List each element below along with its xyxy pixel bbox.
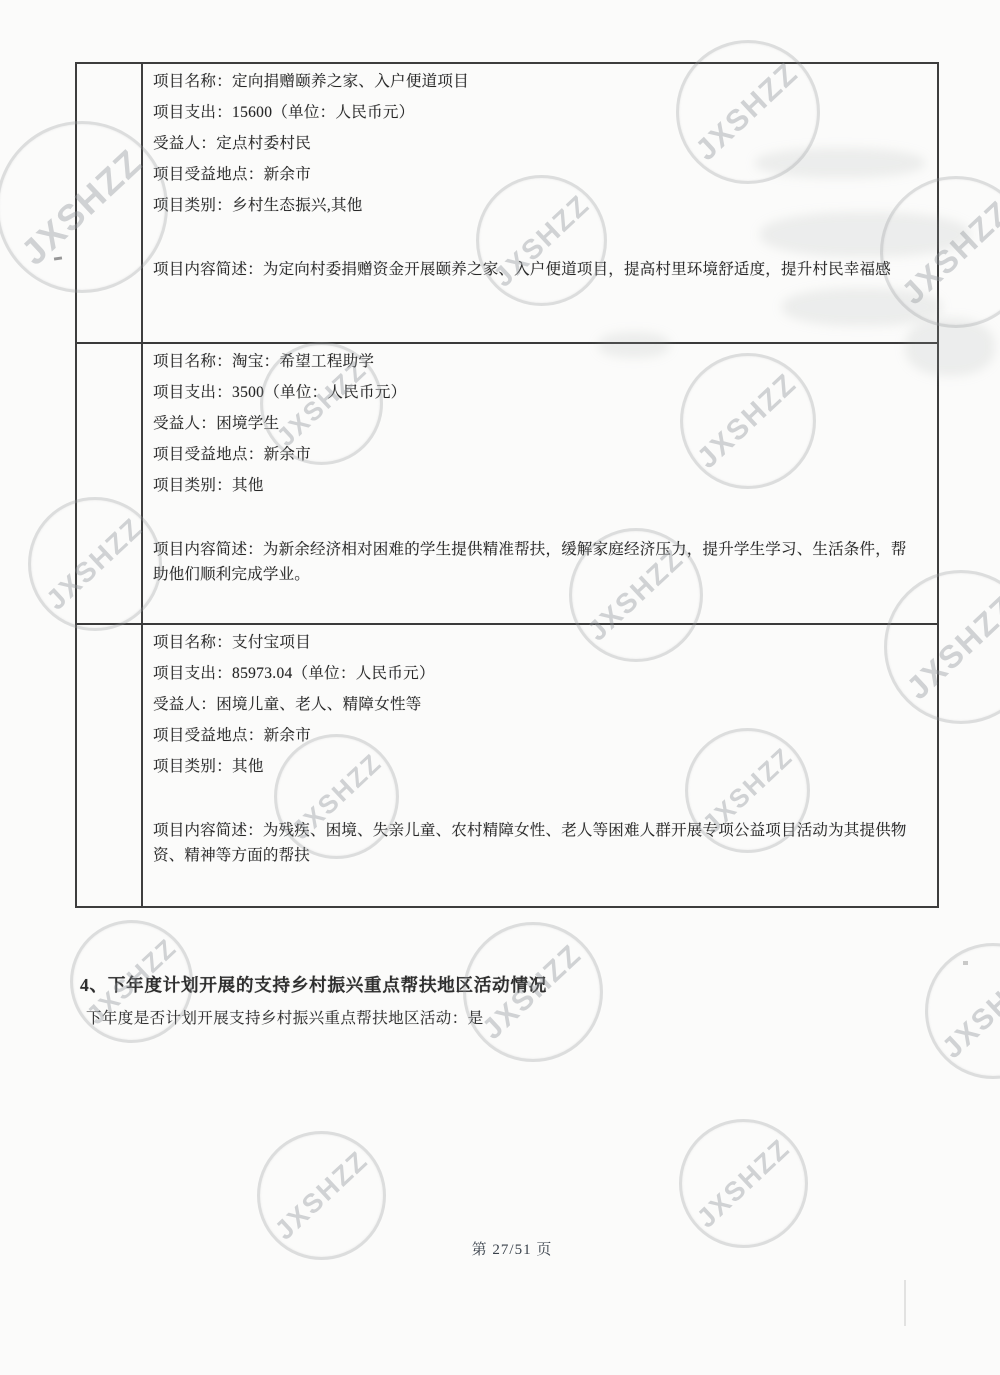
project-cell: 项目名称：支付宝项目 项目支出：85973.04（单位：人民币元） 受益人：困境… [145, 625, 937, 906]
watermark-text: JXSHZZ [691, 1133, 797, 1234]
row-index-cell [77, 625, 143, 906]
document-page: { "watermark": { "text": "JXSHZZ" }, "pr… [0, 0, 1000, 1375]
project-description: 项目内容简述：为定向村委捐赠资金开展颐养之家、入户便道项目，提高村里环境舒适度，… [153, 257, 921, 282]
watermark-text: JXSHZZ [269, 1145, 375, 1246]
table-row: 项目名称：定向捐赠颐养之家、入户便道项目 项目支出：15600（单位：人民币元）… [77, 64, 937, 344]
project-beneficiary-line: 受益人：困境学生 [153, 414, 921, 433]
project-name-line: 项目名称：支付宝项目 [153, 633, 921, 652]
project-cell: 项目名称：定向捐赠颐养之家、入户便道项目 项目支出：15600（单位：人民币元）… [145, 64, 937, 342]
project-description: 项目内容简述：为残疾、困境、失亲儿童、农村精障女性、老人等困难人群开展专项公益项… [153, 818, 921, 868]
projects-table: 项目名称：定向捐赠颐养之家、入户便道项目 项目支出：15600（单位：人民币元）… [75, 62, 939, 908]
project-name-line: 项目名称：淘宝：希望工程助学 [153, 352, 921, 371]
project-category-line: 项目类别：其他 [153, 476, 921, 495]
project-location-line: 项目受益地点：新余市 [153, 445, 921, 464]
project-expense-line: 项目支出：85973.04（单位：人民币元） [153, 664, 921, 683]
project-name-line: 项目名称：定向捐赠颐养之家、入户便道项目 [153, 72, 921, 91]
scan-speck [54, 256, 62, 260]
watermark-stamp: JXSHZZ [925, 943, 1000, 1079]
section-answer-line: 下年度是否计划开展支持乡村振兴重点帮扶地区活动：是 [86, 1006, 484, 1028]
section-heading: 4、下年度计划开展的支持乡村振兴重点帮扶地区活动情况 [80, 972, 547, 997]
project-category-line: 项目类别：乡村生态振兴,其他 [153, 196, 921, 215]
project-beneficiary-line: 受益人：困境儿童、老人、精障女性等 [153, 695, 921, 714]
project-cell: 项目名称：淘宝：希望工程助学 项目支出：3500（单位：人民币元） 受益人：困境… [145, 344, 937, 623]
project-category-line: 项目类别：其他 [153, 757, 921, 776]
project-expense-line: 项目支出：3500（单位：人民币元） [153, 383, 921, 402]
project-location-line: 项目受益地点：新余市 [153, 726, 921, 745]
row-index-cell [77, 64, 143, 342]
table-row: 项目名称：支付宝项目 项目支出：85973.04（单位：人民币元） 受益人：困境… [77, 625, 937, 906]
project-location-line: 项目受益地点：新余市 [153, 165, 921, 184]
project-expense-line: 项目支出：15600（单位：人民币元） [153, 103, 921, 122]
project-description: 项目内容简述：为新余经济相对困难的学生提供精准帮扶，缓解家庭经济压力，提升学生学… [153, 537, 921, 587]
row-index-cell [77, 344, 143, 623]
watermark-text: JXSHZZ [937, 957, 1000, 1065]
watermark-stamp: JXSHZZ [679, 1119, 808, 1248]
scan-speck [904, 1280, 906, 1326]
page-number: 第 27/51 页 [0, 1238, 1000, 1259]
table-row: 项目名称：淘宝：希望工程助学 项目支出：3500（单位：人民币元） 受益人：困境… [77, 344, 937, 625]
scan-speck [963, 961, 968, 965]
scanned-report-page: 项目名称：定向捐赠颐养之家、入户便道项目 项目支出：15600（单位：人民币元）… [0, 0, 1000, 1375]
project-beneficiary-line: 受益人：定点村委村民 [153, 134, 921, 153]
